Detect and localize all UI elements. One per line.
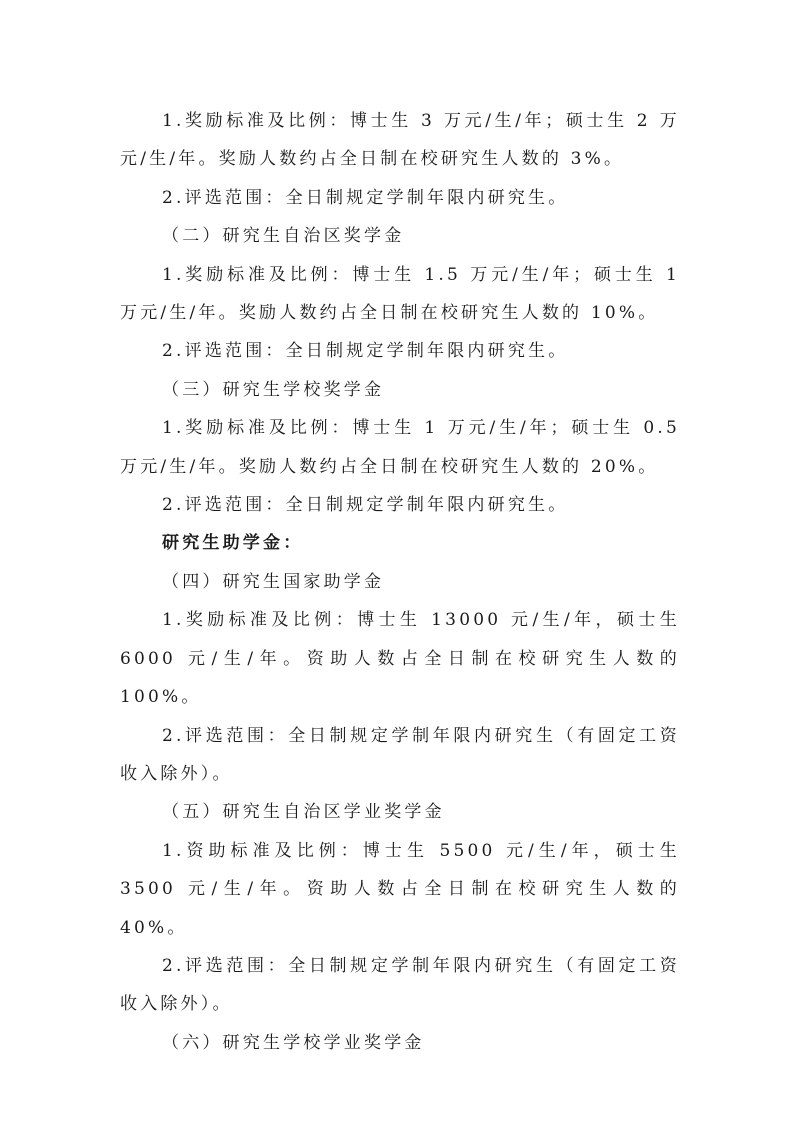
paragraph-regional-academic-standard: 1.资助标准及比例：博士生 5500 元/生/年，硕士生 3500 元/生/年。… <box>120 832 680 947</box>
heading-regional-scholarship: （二）研究生自治区奖学金 <box>120 217 680 255</box>
heading-regional-academic-scholarship: （五）研究生自治区学业奖学金 <box>120 793 680 831</box>
paragraph-national-scholarship-standard: 1.奖励标准及比例：博士生 3 万元/生/年；硕士生 2 万元/生/年。奖励人数… <box>120 102 680 179</box>
paragraph-school-scholarship-scope: 2.评选范围：全日制规定学制年限内研究生。 <box>120 486 680 524</box>
heading-national-grant: （四）研究生国家助学金 <box>120 563 680 601</box>
heading-school-academic-scholarship: （六）研究生学校学业奖学金 <box>120 1024 680 1062</box>
paragraph-school-scholarship-standard: 1.奖励标准及比例：博士生 1 万元/生/年；硕士生 0.5 万元/生/年。奖励… <box>120 409 680 486</box>
paragraph-regional-scholarship-scope: 2.评选范围：全日制规定学制年限内研究生。 <box>120 332 680 370</box>
paragraph-national-grant-standard: 1.奖励标准及比例：博士生 13000 元/生/年，硕士生 6000 元/生/年… <box>120 601 680 716</box>
paragraph-national-scholarship-scope: 2.评选范围：全日制规定学制年限内研究生。 <box>120 179 680 217</box>
paragraph-regional-scholarship-standard: 1.奖励标准及比例：博士生 1.5 万元/生/年；硕士生 1 万元/生/年。奖励… <box>120 256 680 333</box>
heading-school-scholarship: （三）研究生学校奖学金 <box>120 371 680 409</box>
document-page: 1.奖励标准及比例：博士生 3 万元/生/年；硕士生 2 万元/生/年。奖励人数… <box>120 102 680 1062</box>
paragraph-regional-academic-scope: 2.评选范围：全日制规定学制年限内研究生（有固定工资收入除外）。 <box>120 947 680 1024</box>
paragraph-national-grant-scope: 2.评选范围：全日制规定学制年限内研究生（有固定工资收入除外）。 <box>120 717 680 794</box>
heading-grants: 研究生助学金： <box>120 524 680 562</box>
